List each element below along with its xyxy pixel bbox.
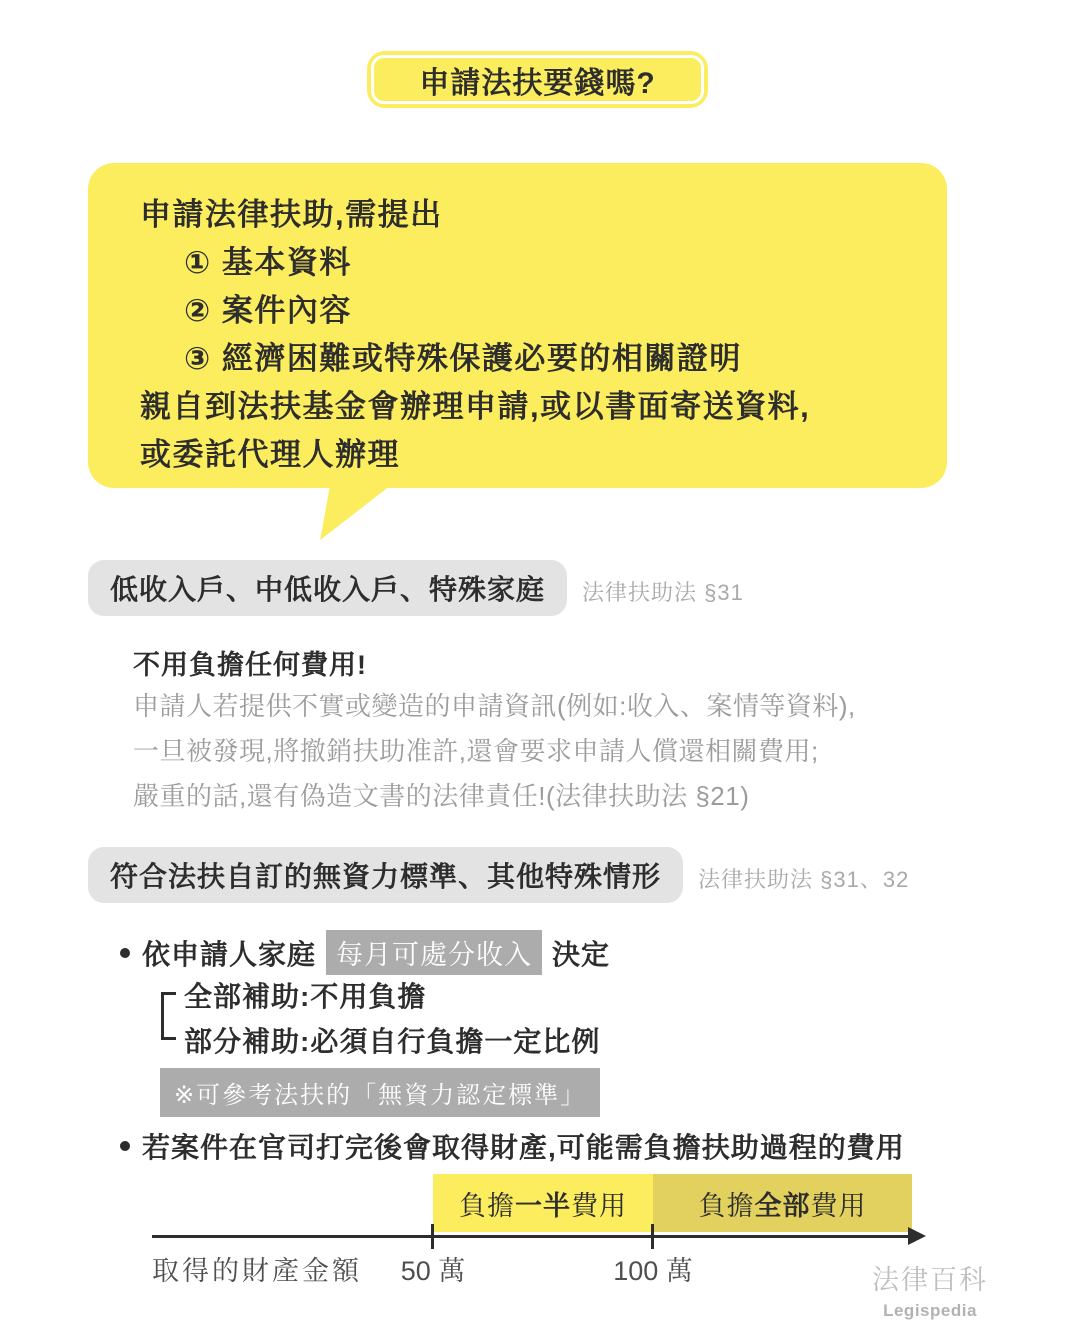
highlight-disposable-income: 每月可處分收入 — [326, 930, 542, 975]
bullet-property-gain: 若案件在官司打完後會取得財產,可能需負擔扶助過程的費用 — [120, 1126, 905, 1166]
section1-headline: 不用負擔任何費用! — [133, 643, 367, 682]
branch-partial-subsidy: 部分補助:必須自行負擔一定比例 — [184, 1020, 600, 1060]
bullet-dot-icon — [120, 1141, 130, 1151]
segment-full-suffix: 費用 — [811, 1184, 867, 1223]
bubble-outro-line-1: 親自到法扶基金會辦理申請,或以書面寄送資料, — [140, 383, 907, 431]
legispedia-logo: 法律百科 Legispedia — [866, 1258, 994, 1321]
bullet2-text: 若案件在官司打完後會取得財產,可能需負擔扶助過程的費用 — [142, 1126, 905, 1166]
branch-bracket — [161, 992, 176, 1040]
tick-100 — [651, 1224, 654, 1249]
note-line-3: 嚴重的話,還有偽造文書的法律責任!(法律扶助法 §21) — [133, 774, 856, 819]
section1-header-chip: 低收入戶、中低收入戶、特殊家庭 — [88, 560, 567, 616]
tick-50 — [431, 1224, 434, 1249]
section1-header-row: 低收入戶、中低收入戶、特殊家庭 法律扶助法 §31 — [88, 560, 744, 616]
section2-header-chip: 符合法扶自訂的無資力標準、其他特殊情形 — [88, 847, 683, 903]
bullet1-suffix: 決定 — [552, 933, 610, 973]
tick-label-50: 50 萬 — [394, 1249, 472, 1288]
segment-half-emphasis: 一半 — [515, 1184, 571, 1223]
bubble-item-2: ② 案件內容 — [184, 287, 907, 335]
segment-half-prefix: 負擔 — [459, 1184, 515, 1223]
speech-bubble-tail — [318, 486, 392, 540]
segment-full-fee: 負擔全部費用 — [653, 1174, 912, 1232]
speech-bubble: 申請法律扶助,需提出 ① 基本資料 ② 案件內容 ③ 經濟困難或特殊保護必要的相… — [88, 163, 947, 488]
note-line-2: 一旦被發現,將撤銷扶助准許,還會要求申請人償還相關費用; — [133, 729, 856, 774]
segment-half-fee: 負擔一半費用 — [433, 1174, 653, 1232]
bullet-dot-icon — [120, 948, 130, 958]
bubble-item-3: ③ 經濟困難或特殊保護必要的相關證明 — [184, 335, 907, 383]
reference-note-box: ※可參考法扶的「無資力認定標準」 — [160, 1068, 600, 1117]
section2-header-row: 符合法扶自訂的無資力標準、其他特殊情形 法律扶助法 §31、32 — [88, 847, 909, 903]
tick-label-100: 100 萬 — [610, 1249, 696, 1288]
bubble-item-1: ① 基本資料 — [184, 239, 907, 287]
note-line-1: 申請人若提供不實或變造的申請資訊(例如:收入、案情等資料), — [133, 684, 856, 729]
logo-chinese-name: 法律百科 — [866, 1258, 994, 1297]
page-title: 申請法扶要錢嗎? — [419, 58, 655, 102]
bullet-monthly-income: 依申請人家庭 每月可處分收入 決定 — [120, 930, 610, 975]
section1-statute-reference: 法律扶助法 §31 — [582, 576, 744, 607]
title-badge: 申請法扶要錢嗎? — [367, 51, 708, 108]
segment-full-emphasis: 全部 — [755, 1184, 811, 1223]
logo-english-name: Legispedia — [866, 1301, 994, 1321]
title-badge-inner-border: 申請法扶要錢嗎? — [371, 55, 704, 104]
bubble-outro-line-2: 或委託代理人辦理 — [140, 431, 907, 479]
segment-full-prefix: 負擔 — [699, 1184, 755, 1223]
section1-header-label: 低收入戶、中低收入戶、特殊家庭 — [110, 568, 545, 608]
axis-label: 取得的財產金額 — [152, 1249, 362, 1288]
section2-statute-reference: 法律扶助法 §31、32 — [698, 863, 909, 894]
section1-note: 申請人若提供不實或變造的申請資訊(例如:收入、案情等資料), 一旦被發現,將撤銷… — [133, 684, 856, 819]
bubble-intro: 申請法律扶助,需提出 — [140, 191, 907, 239]
axis-arrowhead-icon — [908, 1227, 926, 1245]
branch-full-subsidy: 全部補助:不用負擔 — [184, 975, 426, 1015]
section2-header-label: 符合法扶自訂的無資力標準、其他特殊情形 — [110, 855, 661, 895]
bullet1-prefix: 依申請人家庭 — [142, 933, 316, 973]
segment-half-suffix: 費用 — [571, 1184, 627, 1223]
infographic-page: 申請法扶要錢嗎? 申請法律扶助,需提出 ① 基本資料 ② 案件內容 ③ 經濟困難… — [0, 0, 1065, 1339]
number-line-axis — [152, 1235, 912, 1238]
